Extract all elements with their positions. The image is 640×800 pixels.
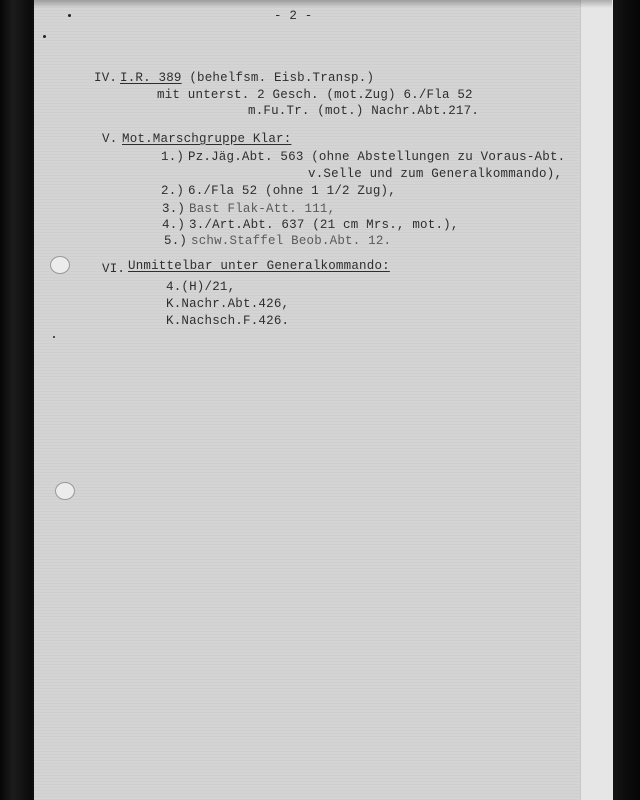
list-item-label: 2.) [161,184,184,198]
section-iv-heading-suffix: (behelfsm. Eisb.Transp.) [182,71,375,85]
list-item-label: 5.) [164,234,187,248]
scan-border-left [0,0,32,800]
punch-hole-icon [55,482,75,500]
section-vi-line: 4.(H)/21, [166,280,235,294]
list-item-label: 4.) [162,218,185,232]
document-page [34,0,580,800]
list-item-text: 3./Art.Abt. 637 (21 cm Mrs., mot.), [189,218,459,232]
section-vi-line: K.Nachr.Abt.426, [166,297,289,311]
section-iv-heading-line: I.R. 389 (behelfsm. Eisb.Transp.) [120,71,374,85]
section-iv-line: mit unterst. 2 Gesch. (mot.Zug) 6./Fla 5… [157,88,473,102]
ink-speck [43,35,46,38]
page-edge-strip [580,0,613,800]
top-shadow [34,0,612,8]
section-iv-line: m.Fu.Tr. (mot.) Nachr.Abt.217. [248,104,479,118]
list-item-text: schw.Staffel Beob.Abt. 12. [191,234,391,248]
section-v-heading: Mot.Marschgruppe Klar: [122,132,291,146]
list-item-text: 6./Fla 52 (ohne 1 1/2 Zug), [188,184,396,198]
punch-hole-icon [50,256,70,274]
section-vi-numeral: VI. [102,262,125,276]
list-item-text: Pz.Jäg.Abt. 563 (ohne Abstellungen zu Vo… [188,150,565,164]
section-iv-numeral: IV. [94,71,117,85]
list-item-text: Bast Flak-Att. 111, [189,202,335,216]
list-item-label: 1.) [161,150,184,164]
scan-border-right [610,0,640,800]
list-item-label: 3.) [162,202,185,216]
section-iv-heading: I.R. 389 [120,71,182,85]
ink-speck [68,14,71,17]
list-item-continuation: v.Selle und zum Generalkommando), [308,167,562,181]
page-number: - 2 - [274,9,313,23]
ink-speck [53,336,55,338]
section-vi-heading: Unmittelbar unter Generalkommando: [128,259,390,273]
section-vi-line: K.Nachsch.F.426. [166,314,289,328]
section-v-numeral: V. [102,132,117,146]
